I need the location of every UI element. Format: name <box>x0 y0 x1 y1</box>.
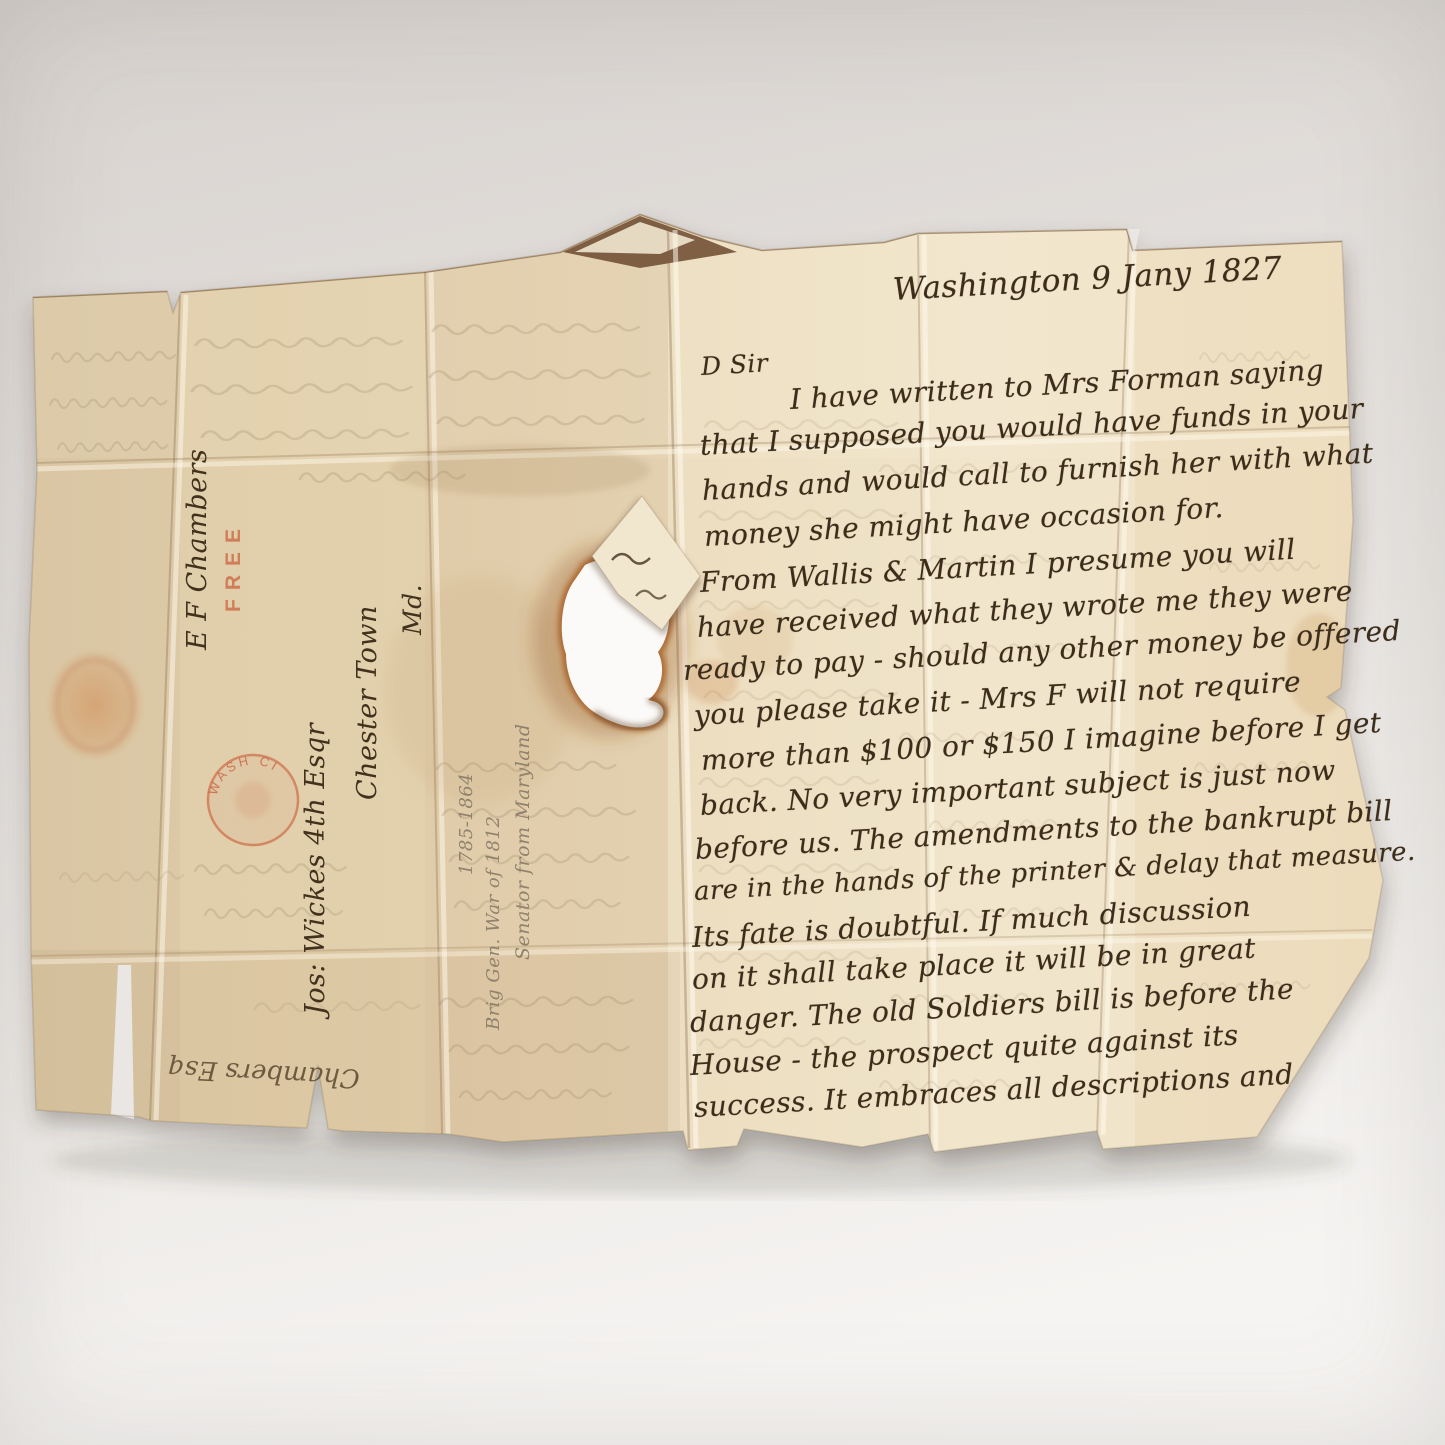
letter-photo: WASH CITY Washington 9 Jany 1827 D Sir I… <box>0 0 1445 1445</box>
frank-signature: E F Chambers <box>182 449 213 650</box>
addressee-town: Chester Town <box>352 605 383 800</box>
free-stamp: FREE <box>222 520 246 612</box>
pencil-note: 1785-1864 <box>456 773 477 875</box>
pencil-note: Brig Gen. War of 1812 <box>483 816 504 1030</box>
addressee-state: Md. <box>398 584 427 635</box>
addressee-name: Jos: Wickes 4th Esqr <box>300 723 331 1015</box>
pencil-note: Senator from Maryland <box>512 723 534 960</box>
salutation: D Sir <box>700 348 769 381</box>
